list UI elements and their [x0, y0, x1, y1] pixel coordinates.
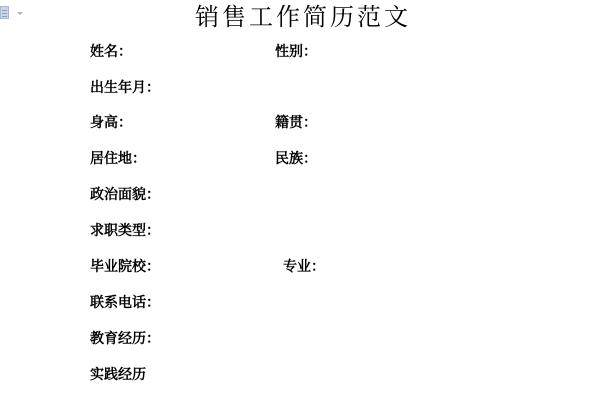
- field-birth-date: 出生年月：: [90, 79, 160, 97]
- document-title: 销售工作简历范文: [195, 2, 411, 32]
- field-gender: 性别：: [275, 43, 317, 61]
- field-political-status: 政治面貌：: [90, 186, 160, 204]
- field-ethnicity: 民族：: [275, 150, 317, 168]
- document-icon[interactable]: [0, 6, 10, 20]
- field-education: 教育经历：: [90, 330, 160, 348]
- field-practice-experience: 实践经历: [90, 366, 146, 384]
- field-phone: 联系电话：: [90, 294, 160, 312]
- field-residence: 居住地：: [90, 150, 146, 168]
- field-job-type: 求职类型：: [90, 222, 160, 240]
- field-height: 身高：: [90, 114, 132, 132]
- field-native-place: 籍贯：: [275, 114, 317, 132]
- field-name: 姓名：: [90, 43, 132, 61]
- field-major: 专业：: [283, 258, 325, 276]
- dropdown-arrow-icon[interactable]: [17, 12, 23, 15]
- field-school: 毕业院校：: [90, 258, 160, 276]
